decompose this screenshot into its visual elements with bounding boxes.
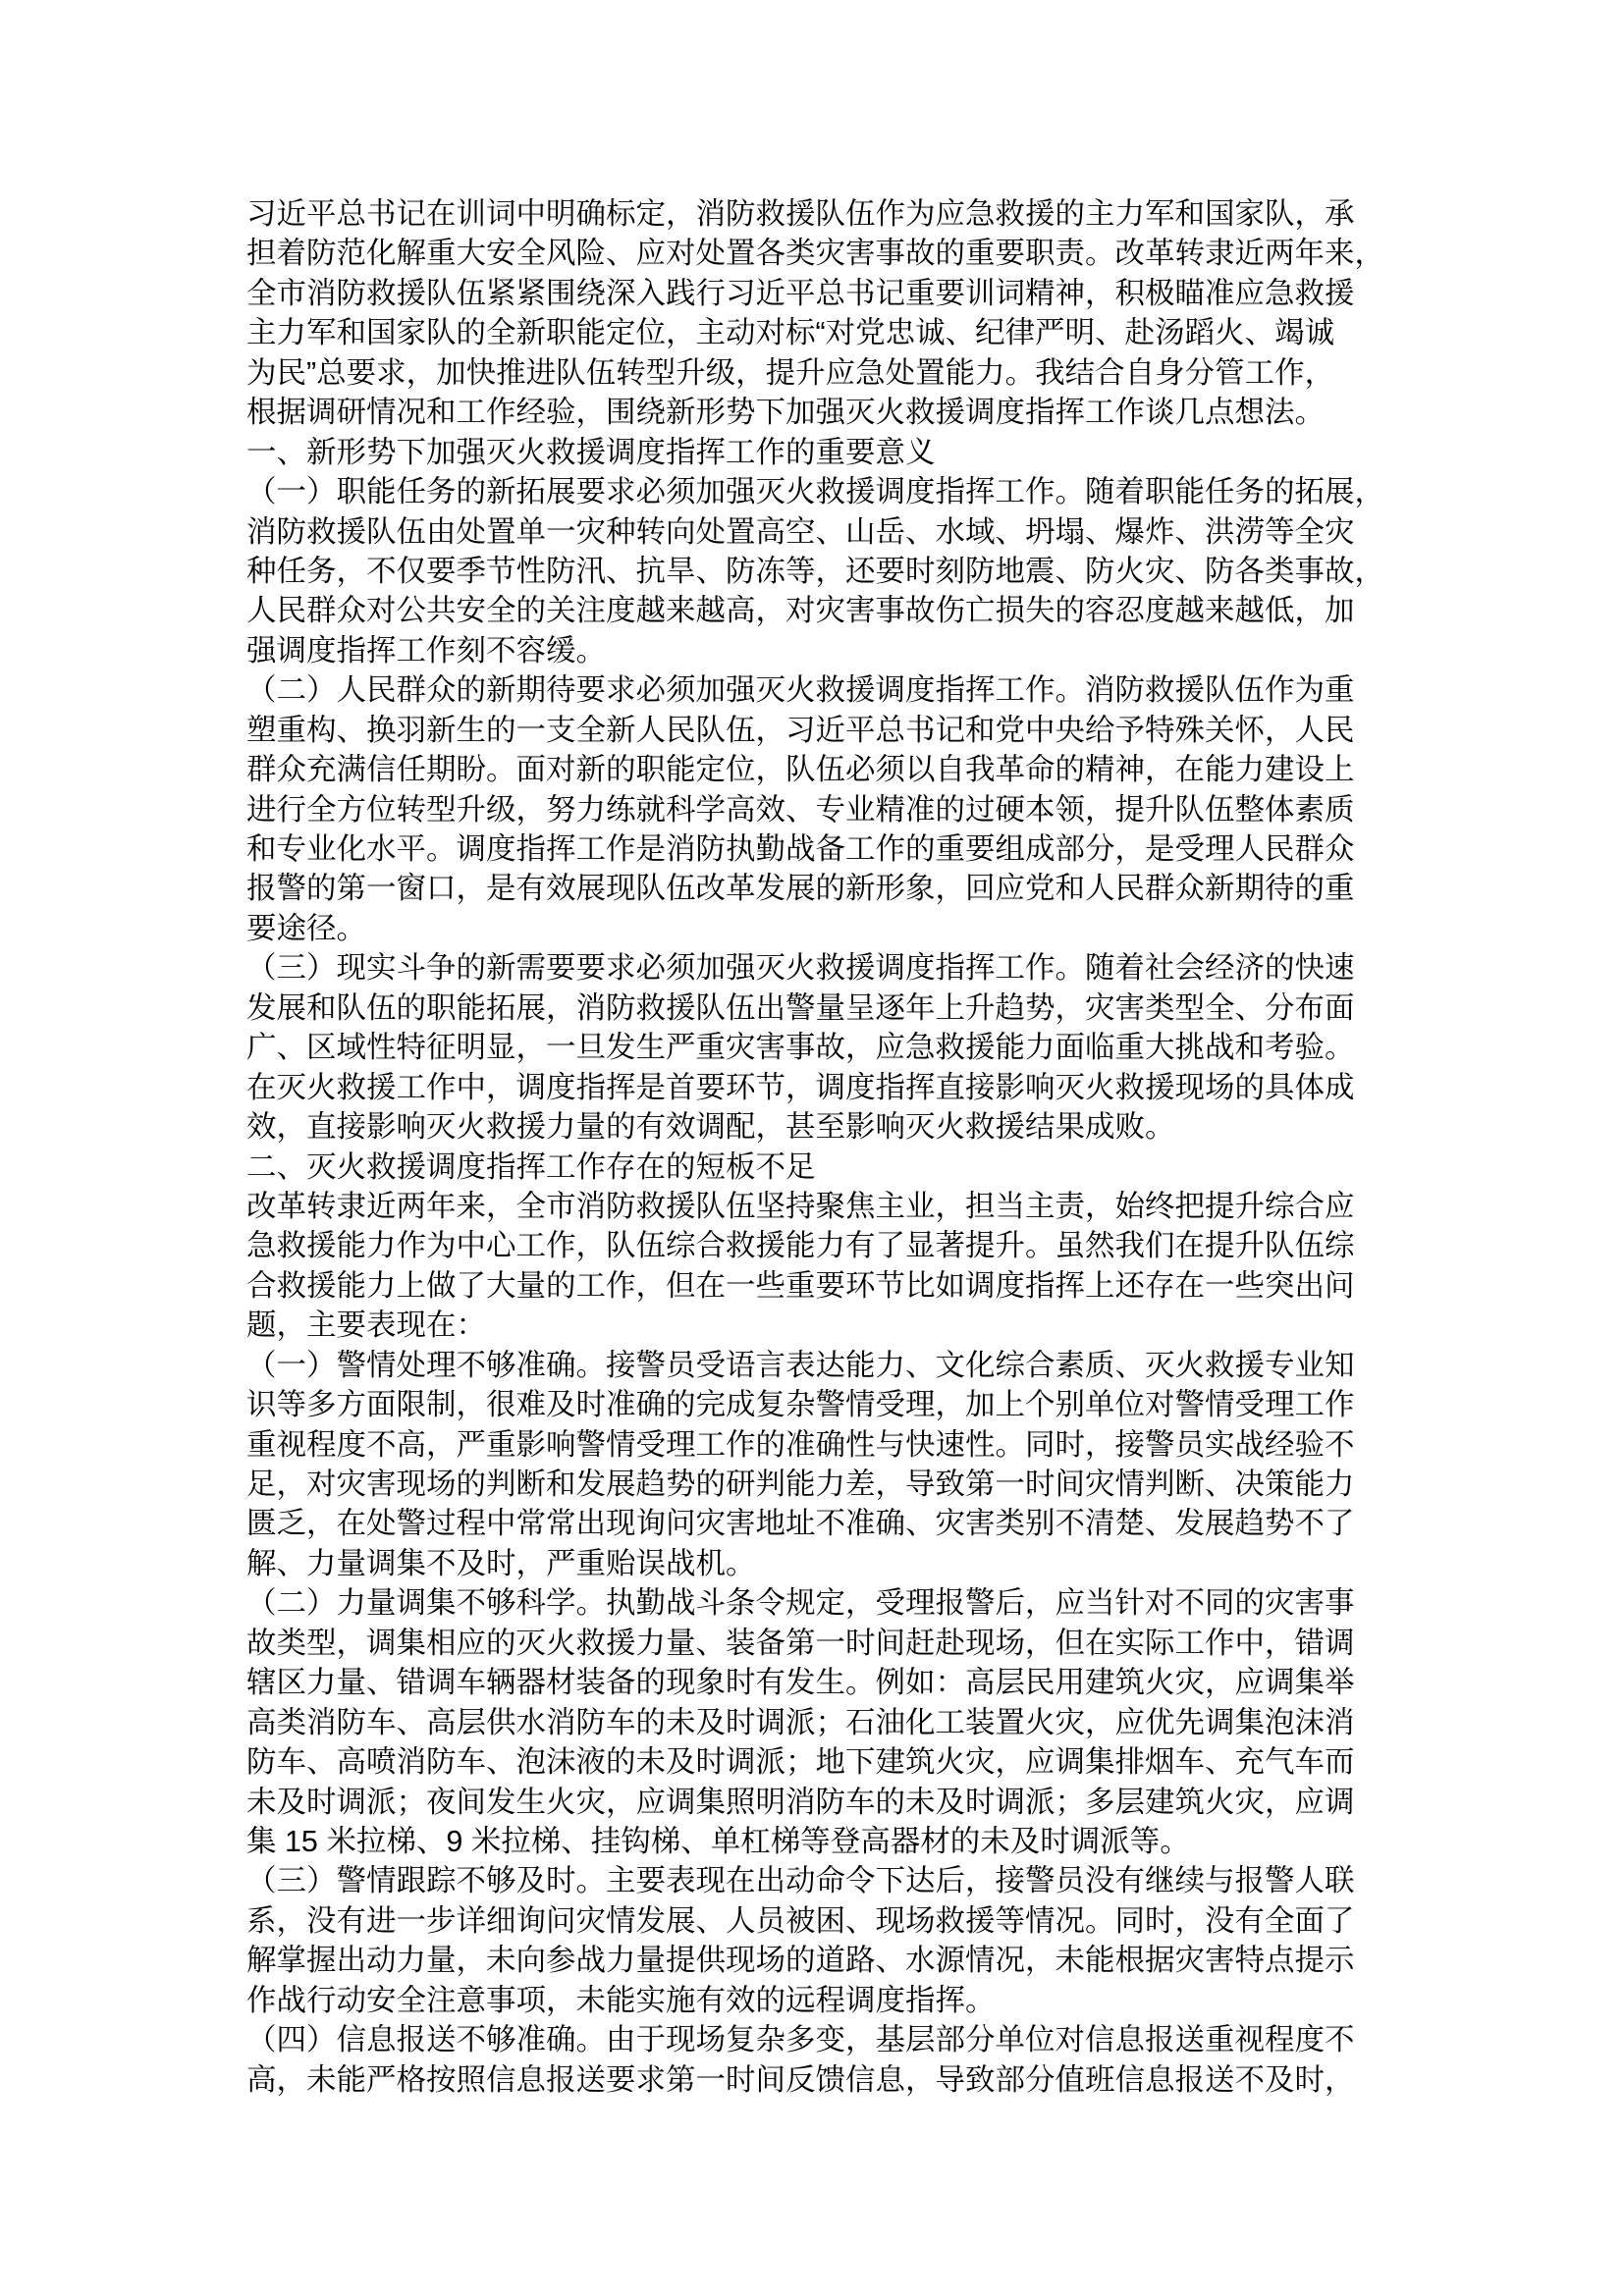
text-line: 解、力量调集不及时，严重贻误战机。 [246,1544,1366,1583]
text-line: 改革转隶近两年来，全市消防救援队伍坚持聚焦主业，担当主责，始终把提升综合应 [246,1187,1366,1226]
text-line: 要途径。 [246,909,1366,948]
text-line: 主力军和国家队的全新职能定位，主动对标“对党忠诚、纪律严明、赴汤蹈火、竭诚 [246,313,1366,352]
text-line: 匮乏，在处警过程中常常出现询问灾害地址不准确、灾害类别不清楚、发展趋势不了 [246,1504,1366,1543]
text-line: 足，对灾害现场的判断和发展趋势的研判能力差，导致第一时间灾情判断、决策能力 [246,1465,1366,1504]
text-line: 防车、高喷消防车、泡沫液的未及时调派；地下建筑火灾，应调集排烟车、充气车而 [246,1742,1366,1782]
text-line: 解掌握出动力量，未向参战力量提供现场的道路、水源情况，未能根据灾害特点提示 [246,1941,1366,1980]
text-line: 消防救援队伍由处置单一灾种转向处置高空、山岳、水域、坍塌、爆炸、洪涝等全灾 [246,512,1366,552]
text-line: 一、新形势下加强灭火救援调度指挥工作的重要意义 [246,433,1366,472]
text-line: （二）人民群众的新期待要求必须加强灭火救援调度指挥工作。消防救援队伍作为重 [246,670,1366,710]
text-line: 广、区域性特征明显，一旦发生严重灾害事故，应急救援能力面临重大挑战和考验。 [246,1028,1366,1067]
text-line: （三）警情跟踪不够及时。主要表现在出动命令下达后，接警员没有继续与报警人联 [246,1861,1366,1900]
text-line: 报警的第一窗口，是有效展现队伍改革发展的新形象，回应党和人民群众新期待的重 [246,869,1366,908]
paragraph: （三）现实斗争的新需要要求必须加强灭火救援调度指挥工作。随着社会经济的快速发展和… [246,948,1366,1147]
section-heading: 一、新形势下加强灭火救援调度指挥工作的重要意义 [246,433,1366,472]
paragraph: （三）警情跟踪不够及时。主要表现在出动命令下达后，接警员没有继续与报警人联系，没… [246,1861,1366,2020]
text-line: （三）现实斗争的新需要要求必须加强灭火救援调度指挥工作。随着社会经济的快速 [246,948,1366,988]
paragraph: （四）信息报送不够准确。由于现场复杂多变，基层部分单位对信息报送重视程度不高，未… [246,2020,1366,2100]
text-line: 二、灭火救援调度指挥工作存在的短板不足 [246,1148,1366,1187]
text-line: 识等多方面限制，很难及时准确的完成复杂警情受理，加上个别单位对警情受理工作 [246,1385,1366,1424]
text-line: 系，没有进一步详细询问灾情发展、人员被困、现场救援等情况。同时，没有全面了 [246,1901,1366,1941]
text-line: （一）职能任务的新拓展要求必须加强灭火救援调度指挥工作。随着职能任务的拓展， [246,472,1366,511]
text-line: 故类型，调集相应的灭火救援力量、装备第一时间赶赴现场，但在实际工作中，错调 [246,1624,1366,1663]
text-line: 担着防范化解重大安全风险、应对处置各类灾害事故的重要职责。改革转隶近两年来， [246,234,1366,273]
text-line: 人民群众对公共安全的关注度越来越高，对灾害事故伤亡损失的容忍度越来越低，加 [246,591,1366,630]
document-page: 习近平总书记在训词中明确标定，消防救援队伍作为应急救援的主力军和国家队，承担着防… [0,0,1624,2296]
text-line: （四）信息报送不够准确。由于现场复杂多变，基层部分单位对信息报送重视程度不 [246,2020,1366,2059]
text-line: 强调度指挥工作刻不容缓。 [246,631,1366,670]
text-line: 在灭火救援工作中，调度指挥是首要环节，调度指挥直接影响灭火救援现场的具体成 [246,1068,1366,1107]
section-heading: 二、灭火救援调度指挥工作存在的短板不足 [246,1148,1366,1187]
text-line: 习近平总书记在训词中明确标定，消防救援队伍作为应急救援的主力军和国家队，承 [246,194,1366,234]
text-line: 进行全方位转型升级，努力练就科学高效、专业精准的过硬本领，提升队伍整体素质 [246,790,1366,829]
text-line: 重视程度不高，严重影响警情受理工作的准确性与快速性。同时，接警员实战经验不 [246,1425,1366,1465]
paragraph: 习近平总书记在训词中明确标定，消防救援队伍作为应急救援的主力军和国家队，承担着防… [246,194,1366,433]
document-text-block: 习近平总书记在训词中明确标定，消防救援队伍作为应急救援的主力军和国家队，承担着防… [246,194,1366,2100]
text-line: 高，未能严格按照信息报送要求第一时间反馈信息，导致部分值班信息报送不及时， [246,2060,1366,2100]
text-line: 效，直接影响灭火救援力量的有效调配，甚至影响灭火救援结果成败。 [246,1107,1366,1147]
text-line: 题，主要表现在： [246,1306,1366,1345]
text-line: 辖区力量、错调车辆器材装备的现象时有发生。例如：高层民用建筑火灾，应调集举 [246,1663,1366,1702]
text-line: 和专业化水平。调度指挥工作是消防执勤战备工作的重要组成部分，是受理人民群众 [246,829,1366,869]
text-line: 群众充满信任期盼。面对新的职能定位，队伍必须以自我革命的精神，在能力建设上 [246,750,1366,789]
text-line: 未及时调派；夜间发生火灾，应调集照明消防车的未及时调派；多层建筑火灾，应调 [246,1783,1366,1822]
text-line: （一）警情处理不够准确。接警员受语言表达能力、文化综合素质、灭火救援专业知 [246,1346,1366,1385]
text-line: 根据调研情况和工作经验，围绕新形势下加强灭火救援调度指挥工作谈几点想法。 [246,393,1366,432]
text-line: 为民”总要求，加快推进队伍转型升级，提升应急处置能力。我结合自身分管工作， [246,353,1366,393]
paragraph: 改革转隶近两年来，全市消防救援队伍坚持聚焦主业，担当主责，始终把提升综合应急救援… [246,1187,1366,1346]
text-line: 急救援能力作为中心工作，队伍综合救援能力有了显著提升。虽然我们在提升队伍综 [246,1226,1366,1265]
paragraph: （二）人民群众的新期待要求必须加强灭火救援调度指挥工作。消防救援队伍作为重塑重构… [246,670,1366,948]
text-line: 高类消防车、高层供水消防车的未及时调派；石油化工装置火灾，应优先调集泡沫消 [246,1703,1366,1742]
paragraph: （二）力量调集不够科学。执勤战斗条令规定，受理报警后，应当针对不同的灾害事故类型… [246,1583,1366,1861]
text-line: 发展和队伍的职能拓展，消防救援队伍出警量呈逐年上升趋势，灾害类型全、分布面 [246,988,1366,1028]
text-line: 塑重构、换羽新生的一支全新人民队伍，习近平总书记和党中央给予特殊关怀，人民 [246,711,1366,750]
text-line: 种任务，不仅要季节性防汛、抗旱、防冻等，还要时刻防地震、防火灾、防各类事故， [246,552,1366,591]
text-line: 集 15 米拉梯、9 米拉梯、挂钩梯、单杠梯等登高器材的未及时调派等。 [246,1822,1366,1861]
paragraph: （一）职能任务的新拓展要求必须加强灭火救援调度指挥工作。随着职能任务的拓展，消防… [246,472,1366,670]
text-line: （二）力量调集不够科学。执勤战斗条令规定，受理报警后，应当针对不同的灾害事 [246,1583,1366,1623]
text-line: 全市消防救援队伍紧紧围绕深入践行习近平总书记重要训词精神，积极瞄准应急救援 [246,274,1366,313]
paragraph: （一）警情处理不够准确。接警员受语言表达能力、文化综合素质、灭火救援专业知识等多… [246,1346,1366,1584]
text-line: 作战行动安全注意事项，未能实施有效的远程调度指挥。 [246,1981,1366,2020]
text-line: 合救援能力上做了大量的工作，但在一些重要环节比如调度指挥上还存在一些突出问 [246,1266,1366,1306]
